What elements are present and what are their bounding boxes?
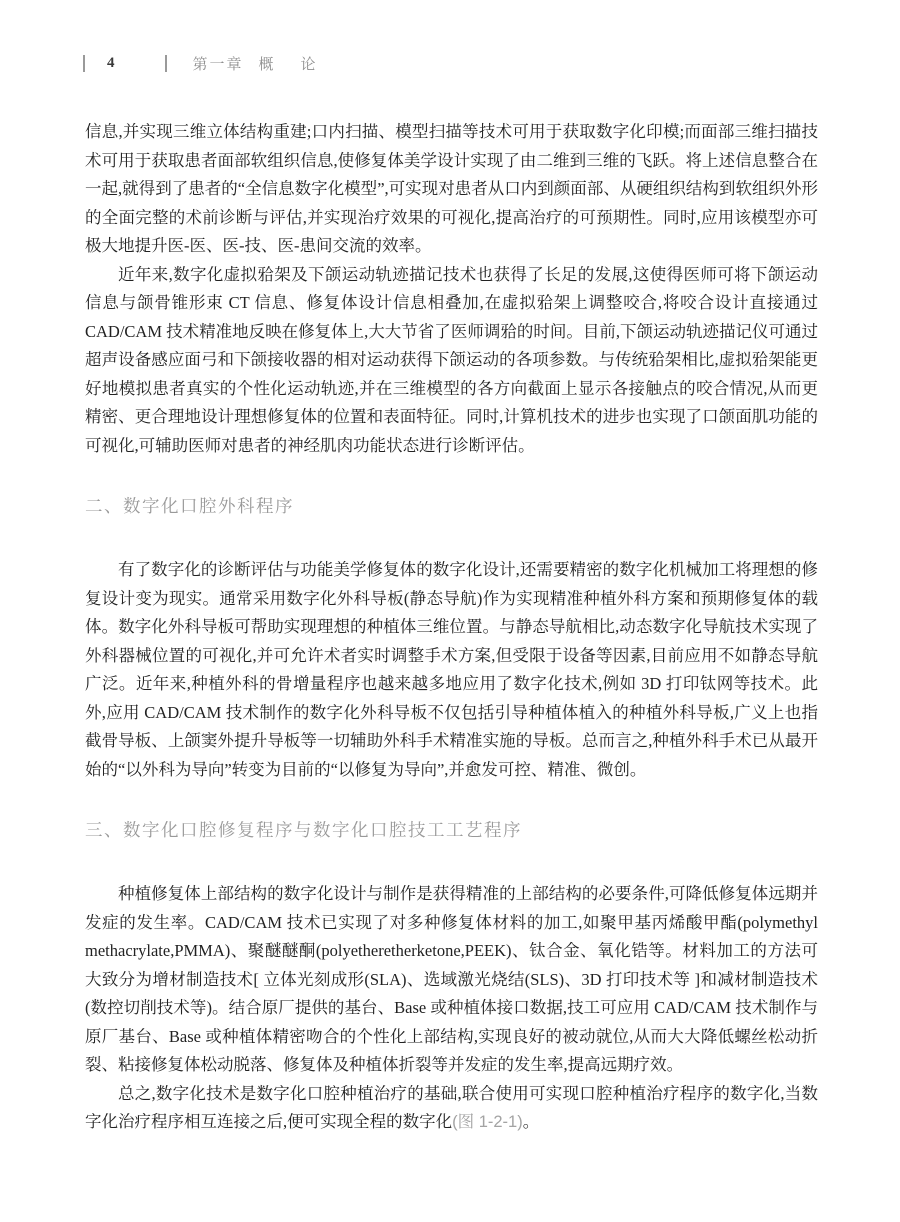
running-head: 4 第一章 概 论	[83, 52, 316, 74]
body-paragraph: 种植修复体上部结构的数字化设计与制作是获得精准的上部结构的必要条件,可降低修复体…	[85, 880, 818, 1080]
section-heading: 三、数字化口腔修复程序与数字化口腔技工工艺程序	[85, 816, 818, 844]
header-divider-bar	[165, 55, 167, 72]
chapter-title-char-2: 论	[301, 53, 316, 74]
body-paragraph: 总之,数字化技术是数字化口腔种植治疗的基础,联合使用可实现口腔种植治疗程序的数字…	[85, 1080, 818, 1137]
page-number: 4	[107, 55, 115, 72]
body-paragraph: 近年来,数字化虚拟𬌗架及下颌运动轨迹描记技术也获得了长足的发展,这使得医师可将下…	[85, 261, 818, 461]
body-paragraph: 信息,并实现三维立体结构重建;口内扫描、模型扫描等技术可用于获取数字化印模;而面…	[85, 118, 818, 261]
figure-reference-link[interactable]: (图 1-2-1)	[452, 1113, 523, 1131]
section-heading: 二、数字化口腔外科程序	[85, 492, 818, 520]
header-left-bar	[83, 55, 85, 72]
chapter-label: 第一章	[193, 53, 244, 74]
body-paragraph: 有了数字化的诊断评估与功能美学修复体的数字化设计,还需要精密的数字化机械加工将理…	[85, 556, 818, 784]
chapter-title-char-1: 概	[259, 53, 274, 74]
book-page: 4 第一章 概 论 信息,并实现三维立体结构重建;口内扫描、模型扫描等技术可用于…	[0, 0, 900, 1222]
page-body: 信息,并实现三维立体结构重建;口内扫描、模型扫描等技术可用于获取数字化印模;而面…	[85, 118, 818, 1137]
